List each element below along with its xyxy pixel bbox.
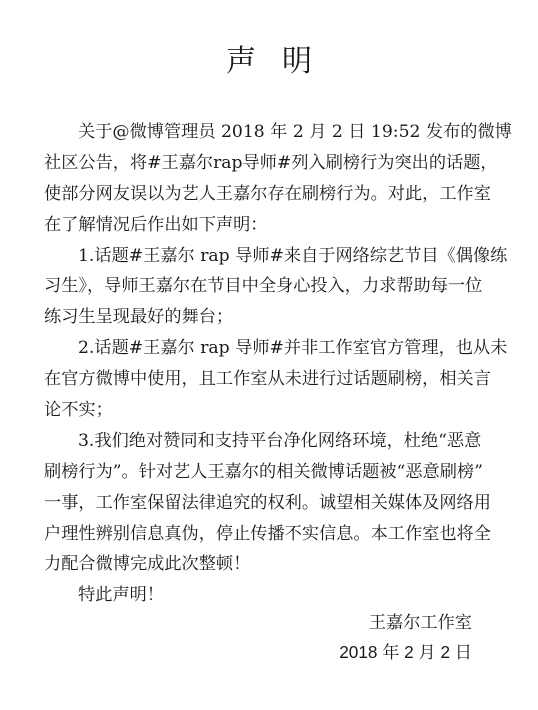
text-line: 在了解情况后作出如下声明：	[44, 210, 474, 241]
text-line: 3.我们绝对赞同和支持平台净化网络环境，杜绝“恶意	[44, 426, 474, 457]
document-body: 关于@微博管理员 2018 年 2 月 2 日 19:52 发布的微博 社区公告…	[44, 117, 474, 611]
text-line: 力配合微博完成此次整顿！	[44, 549, 474, 580]
text-line: 1.话题#王嘉尔 rap 导师#来自于网络综艺节目《偶像练	[44, 241, 474, 272]
text-line: 户理性辨别信息真伪，停止传播不实信息。本工作室也将全	[44, 519, 474, 550]
paragraph-point-3: 3.我们绝对赞同和支持平台净化网络环境，杜绝“恶意 刷榜行为”。针对艺人王嘉尔的…	[44, 426, 474, 580]
paragraph-closing: 特此声明！	[44, 580, 474, 611]
signature-organization: 王嘉尔工作室	[369, 608, 472, 633]
paragraph-point-1: 1.话题#王嘉尔 rap 导师#来自于网络综艺节目《偶像练 习生》，导师王嘉尔在…	[44, 241, 474, 334]
paragraph-intro: 关于@微博管理员 2018 年 2 月 2 日 19:52 发布的微博 社区公告…	[44, 117, 474, 241]
text-line: 使部分网友误以为艺人王嘉尔存在刷榜行为。对此，工作室	[44, 179, 474, 210]
signature-date: 2018 年 2 月 2 日	[339, 638, 472, 663]
text-line: 习生》，导师王嘉尔在节目中全身心投入，力求帮助每一位	[44, 271, 474, 302]
text-line: 练习生呈现最好的舞台；	[44, 302, 474, 333]
document-title: 声明	[0, 44, 538, 80]
text-line: 特此声明！	[44, 580, 474, 611]
text-line: 论不实；	[44, 395, 474, 426]
text-line: 在官方微博中使用，且工作室从未进行过话题刷榜，相关言	[44, 364, 474, 395]
text-line: 2.话题#王嘉尔 rap 导师#并非工作室官方管理，也从未	[44, 333, 474, 364]
text-line: 刷榜行为”。针对艺人王嘉尔的相关微博话题被“恶意刷榜”	[44, 457, 474, 488]
paragraph-point-2: 2.话题#王嘉尔 rap 导师#并非工作室官方管理，也从未 在官方微博中使用，且…	[44, 333, 474, 426]
text-line: 一事，工作室保留法律追究的权利。诚望相关媒体及网络用	[44, 488, 474, 519]
text-line: 社区公告，将#王嘉尔rap导师#列入刷榜行为突出的话题，	[44, 148, 474, 179]
text-line: 关于@微博管理员 2018 年 2 月 2 日 19:52 发布的微博	[44, 117, 474, 148]
